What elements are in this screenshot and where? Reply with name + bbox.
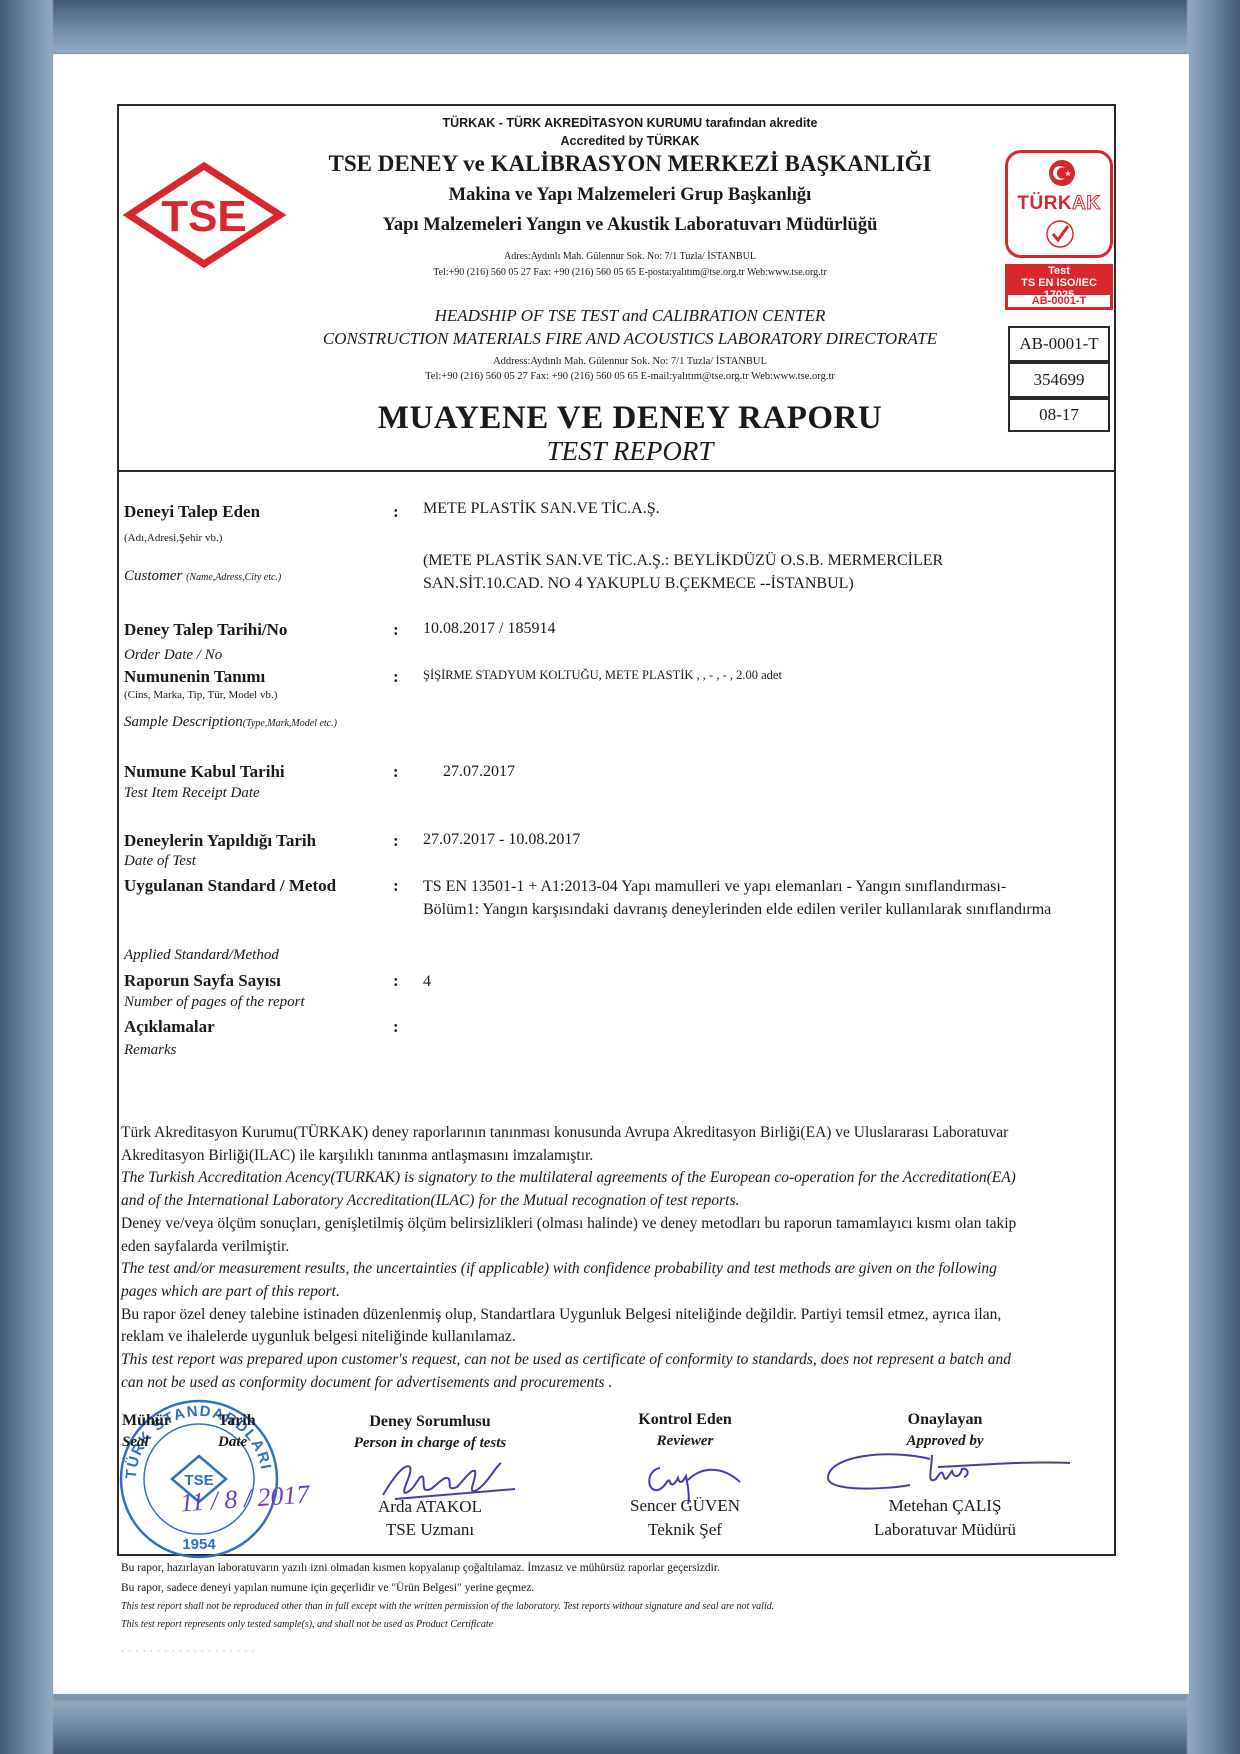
requester-sublabel: (Adı,Adresi,Şehir vb.) [124, 532, 222, 544]
lab-title-en: CONSTRUCTION MATERIALS FIRE AND ACOUSTIC… [290, 329, 970, 349]
turkak-wordmark: TÜRKAK [1008, 193, 1110, 215]
standard-label: Uygulanan Standard / Metod [124, 876, 336, 896]
approver-title: Onaylayan [845, 1411, 1045, 1429]
test-date-label: Deneylerin Yapıldığı Tarih [124, 831, 316, 851]
sample-description-text: Sample Description [124, 714, 243, 730]
sample-description-sublabel: (Type,Mark,Model etc.) [243, 718, 337, 729]
group-title: Makina ve Yapı Malzemeleri Grup Başkanlı… [300, 185, 960, 206]
report-number-box: 354699 [1008, 362, 1110, 398]
approver-role: Laboratuvar Müdürü [845, 1520, 1045, 1540]
badge-line1: Test [1005, 264, 1113, 277]
sample-value: ŞİŞİRME STADYUM KOLTUĞU, METE PLASTİK , … [423, 668, 782, 683]
person-role: TSE Uzmanı [330, 1520, 530, 1540]
remarks-label-en: Remarks [124, 1042, 177, 1059]
contact-tr: Tel:+90 (216) 560 05 27 Fax: +90 (216) 5… [300, 267, 960, 278]
org-title-en: HEADSHIP OF TSE TEST and CALIBRATION CEN… [290, 306, 970, 326]
colon: : [393, 1017, 399, 1037]
accreditation-number-box: AB-0001-T [1008, 326, 1110, 362]
footer-line2: Bu rapor, sadece deneyi yapılan numune i… [121, 1582, 1041, 1594]
reviewer-title-en: Reviewer [585, 1433, 785, 1450]
order-value: 10.08.2017 / 185914 [423, 620, 555, 638]
requester-value: METE PLASTİK SAN.VE TİC.A.Ş. [423, 500, 660, 518]
reviewer-title: Kontrol Eden [585, 1411, 785, 1429]
pages-label: Raporun Sayfa Sayısı [124, 971, 281, 991]
requester-label: Deneyi Talep Eden [124, 502, 260, 522]
report-title-en: TEST REPORT [300, 436, 960, 467]
requester-address-line2: SAN.SİT.10.CAD. NO 4 YAKUPLU B.ÇEKMECE -… [423, 575, 854, 593]
customer-label: Customer (Name,Adress,City etc.) [124, 568, 281, 585]
footer-line1: Bu rapor, hazırlayan laboratuvarın yazıl… [121, 1562, 1041, 1574]
report-title: MUAYENE VE DENEY RAPORU [300, 400, 960, 437]
colon: : [393, 667, 399, 687]
person-title-en: Person in charge of tests [330, 1435, 530, 1452]
receipt-value: 27.07.2017 [443, 763, 515, 781]
turkak-logo: TÜRKAK [1005, 150, 1113, 258]
footer-form-code-faded: · · · · · · · · · · · · · · · · · · · [121, 1646, 1041, 1656]
date-label-en: Date [218, 1434, 247, 1451]
contact-en: Tel:+90 (216) 560 05 27 Fax: +90 (216) 5… [300, 371, 960, 382]
stamp-year: 1954 [182, 1536, 216, 1553]
order-label-en: Order Date / No [124, 647, 222, 664]
standard-value: TS EN 13501-1 + A1:2013-04 Yapı mamuller… [423, 875, 1063, 921]
standard-label-en: Applied Standard/Method [124, 947, 279, 964]
org-title: TSE DENEY ve KALİBRASYON MERKEZİ BAŞKANL… [290, 151, 970, 177]
tse-logo-text: TSE [161, 192, 247, 241]
badge-line3: AB-0001-T [1008, 295, 1110, 307]
footer-line3: This test report shall not be reproduced… [121, 1601, 1041, 1612]
person-name: Arda ATAKOL [330, 1497, 530, 1517]
customer-label-text: Customer [124, 568, 182, 584]
sample-label: Numunenin Tanımı [124, 667, 265, 687]
statement-tr-2: Deney ve/veya ölçüm sonuçları, genişleti… [121, 1213, 1021, 1258]
accreditation-tr: TÜRKAK - TÜRK AKREDİTASYON KURUMU tarafı… [300, 116, 960, 130]
colon: : [393, 876, 399, 896]
statement-en-3: This test report was prepared upon custo… [121, 1349, 1021, 1394]
remarks-label: Açıklamalar [124, 1017, 215, 1037]
test-date-label-en: Date of Test [124, 853, 196, 870]
address-tr: Adres:Aydınlı Mah. Gülennur Sok. No: 7/1… [300, 251, 960, 262]
footer-line4: This test report represents only tested … [121, 1619, 1041, 1630]
test-date-value: 27.07.2017 - 10.08.2017 [423, 831, 580, 849]
pages-label-en: Number of pages of the report [124, 994, 305, 1011]
colon: : [393, 620, 399, 640]
statement-tr-1: Türk Akreditasyon Kurumu(TÜRKAK) deney r… [121, 1122, 1021, 1167]
colon: : [393, 762, 399, 782]
customer-sublabel: (Name,Adress,City etc.) [186, 572, 281, 583]
receipt-label-en: Test Item Receipt Date [124, 785, 260, 802]
sample-sublabel: (Cins, Marka, Tip, Tür, Model vb.) [124, 689, 277, 701]
checkmark-icon [1045, 219, 1075, 249]
colon: : [393, 971, 399, 991]
receipt-label: Numune Kabul Tarihi [124, 762, 285, 782]
turkak-word-outline: AK [1072, 193, 1100, 214]
requester-address-line1: (METE PLASTİK SAN.VE TİC.A.Ş.: BEYLİKDÜZ… [423, 552, 943, 570]
turkak-accreditation-badge: Test TS EN ISO/IEC 17025 AB-0001-T [1005, 264, 1113, 310]
colon: : [393, 831, 399, 851]
reviewer-role: Teknik Şef [585, 1520, 785, 1540]
statement-tr-3: Bu rapor özel deney talebine istinaden d… [121, 1304, 1021, 1349]
statement-en-1: The Turkish Accreditation Acency(TURKAK)… [121, 1167, 1021, 1212]
approver-name: Metehan ÇALIŞ [845, 1496, 1045, 1516]
seal-label-en: Seal [122, 1434, 149, 1451]
person-title: Deney Sorumlusu [330, 1413, 530, 1431]
order-label: Deney Talep Tarihi/No [124, 620, 287, 640]
seal-label: Mühür [122, 1412, 171, 1430]
turkak-word-solid: TÜRK [1017, 193, 1072, 214]
date-label: Tarih [218, 1412, 256, 1430]
tse-logo-icon: TSE [122, 160, 287, 270]
pages-value: 4 [423, 973, 431, 991]
statement-en-2: The test and/or measurement results, the… [121, 1258, 1021, 1303]
accreditation-en: Accredited by TÜRKAK [300, 134, 960, 148]
crescent-star-icon [1048, 159, 1076, 187]
accreditation-statements: Türk Akreditasyon Kurumu(TÜRKAK) deney r… [121, 1122, 1021, 1394]
sample-description-label: Sample Description(Type,Mark,Model etc.) [124, 714, 337, 731]
colon: : [393, 502, 399, 522]
header-divider [117, 470, 1116, 472]
address-en: Address:Aydınlı Mah. Gülennur Sok. No: 7… [300, 356, 960, 367]
lab-title: Yapı Malzemeleri Yangın ve Akustik Labor… [300, 215, 960, 236]
reviewer-name: Sencer GÜVEN [585, 1496, 785, 1516]
report-date-box: 08-17 [1008, 398, 1110, 432]
